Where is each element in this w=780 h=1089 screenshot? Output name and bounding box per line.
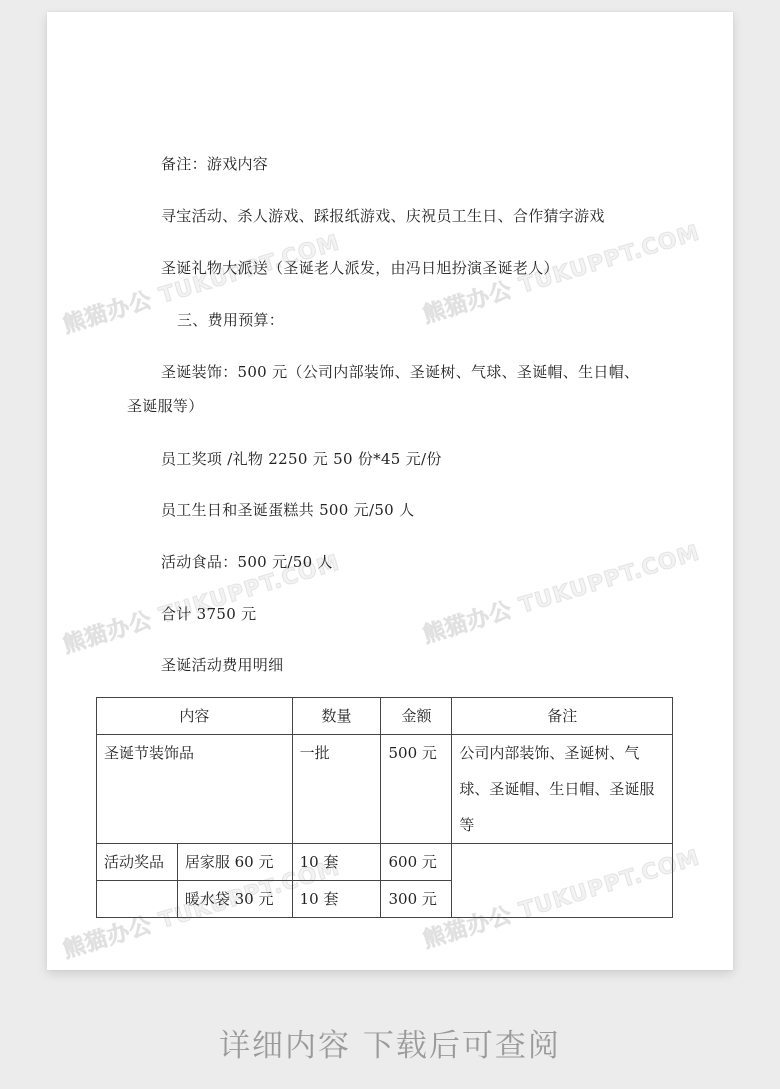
game-list: 寻宝活动、杀人游戏、踩报纸游戏、庆祝员工生日、合作猜字游戏 <box>161 205 605 226</box>
table-header-row: 内容 数量 金额 备注 <box>97 698 673 735</box>
cell-sub: 暖水袋 30 元 <box>177 881 292 918</box>
budget-total: 合计 3750 元 <box>161 603 256 624</box>
download-hint: 详细内容 下载后可查阅 <box>0 1020 780 1065</box>
cell-content: 活动奖品 <box>97 844 178 881</box>
cell-qty: 10 套 <box>292 881 381 918</box>
watermark: 熊猫办公 TUKUPPT.COM <box>419 536 704 650</box>
cell-qty: 10 套 <box>292 844 381 881</box>
cell-content: 圣诞节装饰品 <box>97 735 293 844</box>
cell-amount: 600 元 <box>381 844 452 881</box>
section-title-budget: 三、费用预算： <box>177 309 284 330</box>
header-qty: 数量 <box>292 698 381 735</box>
table-caption: 圣诞活动费用明细 <box>161 654 283 675</box>
budget-food: 活动食品：500 元/50 人 <box>161 551 333 572</box>
budget-decoration: 圣诞装饰：500 元（公司内部装饰、圣诞树、气球、圣诞帽、生日帽、 <box>161 361 639 382</box>
cell-sub: 居家服 60 元 <box>177 844 292 881</box>
cell-amount: 300 元 <box>381 881 452 918</box>
budget-cake: 员工生日和圣诞蛋糕共 500 元/50 人 <box>161 499 414 520</box>
cell-note: 公司内部装饰、圣诞树、气球、圣诞帽、生日帽、圣诞服等 <box>452 735 673 844</box>
header-content: 内容 <box>97 698 293 735</box>
budget-awards: 员工奖项 /礼物 2250 元 50 份*45 元/份 <box>161 448 442 469</box>
header-note: 备注 <box>452 698 673 735</box>
table-row: 活动奖品 居家服 60 元 10 套 600 元 <box>97 844 673 881</box>
table-row: 圣诞节装饰品 一批 500 元 公司内部装饰、圣诞树、气球、圣诞帽、生日帽、圣诞… <box>97 735 673 844</box>
cell-note <box>452 844 673 918</box>
cell-qty: 一批 <box>292 735 381 844</box>
document-page: 熊猫办公 TUKUPPT.COM 熊猫办公 TUKUPPT.COM 熊猫办公 T… <box>47 12 733 970</box>
header-amount: 金额 <box>381 698 452 735</box>
note-heading: 备注：游戏内容 <box>161 153 268 174</box>
gift-line: 圣诞礼物大派送（圣诞老人派发，由冯日旭扮演圣诞老人） <box>161 257 559 278</box>
cost-detail-table: 内容 数量 金额 备注 圣诞节装饰品 一批 500 元 公司内部装饰、圣诞树、气… <box>96 697 673 918</box>
cell-content <box>97 881 178 918</box>
budget-decoration-cont: 圣诞服等） <box>127 395 204 416</box>
cell-amount: 500 元 <box>381 735 452 844</box>
